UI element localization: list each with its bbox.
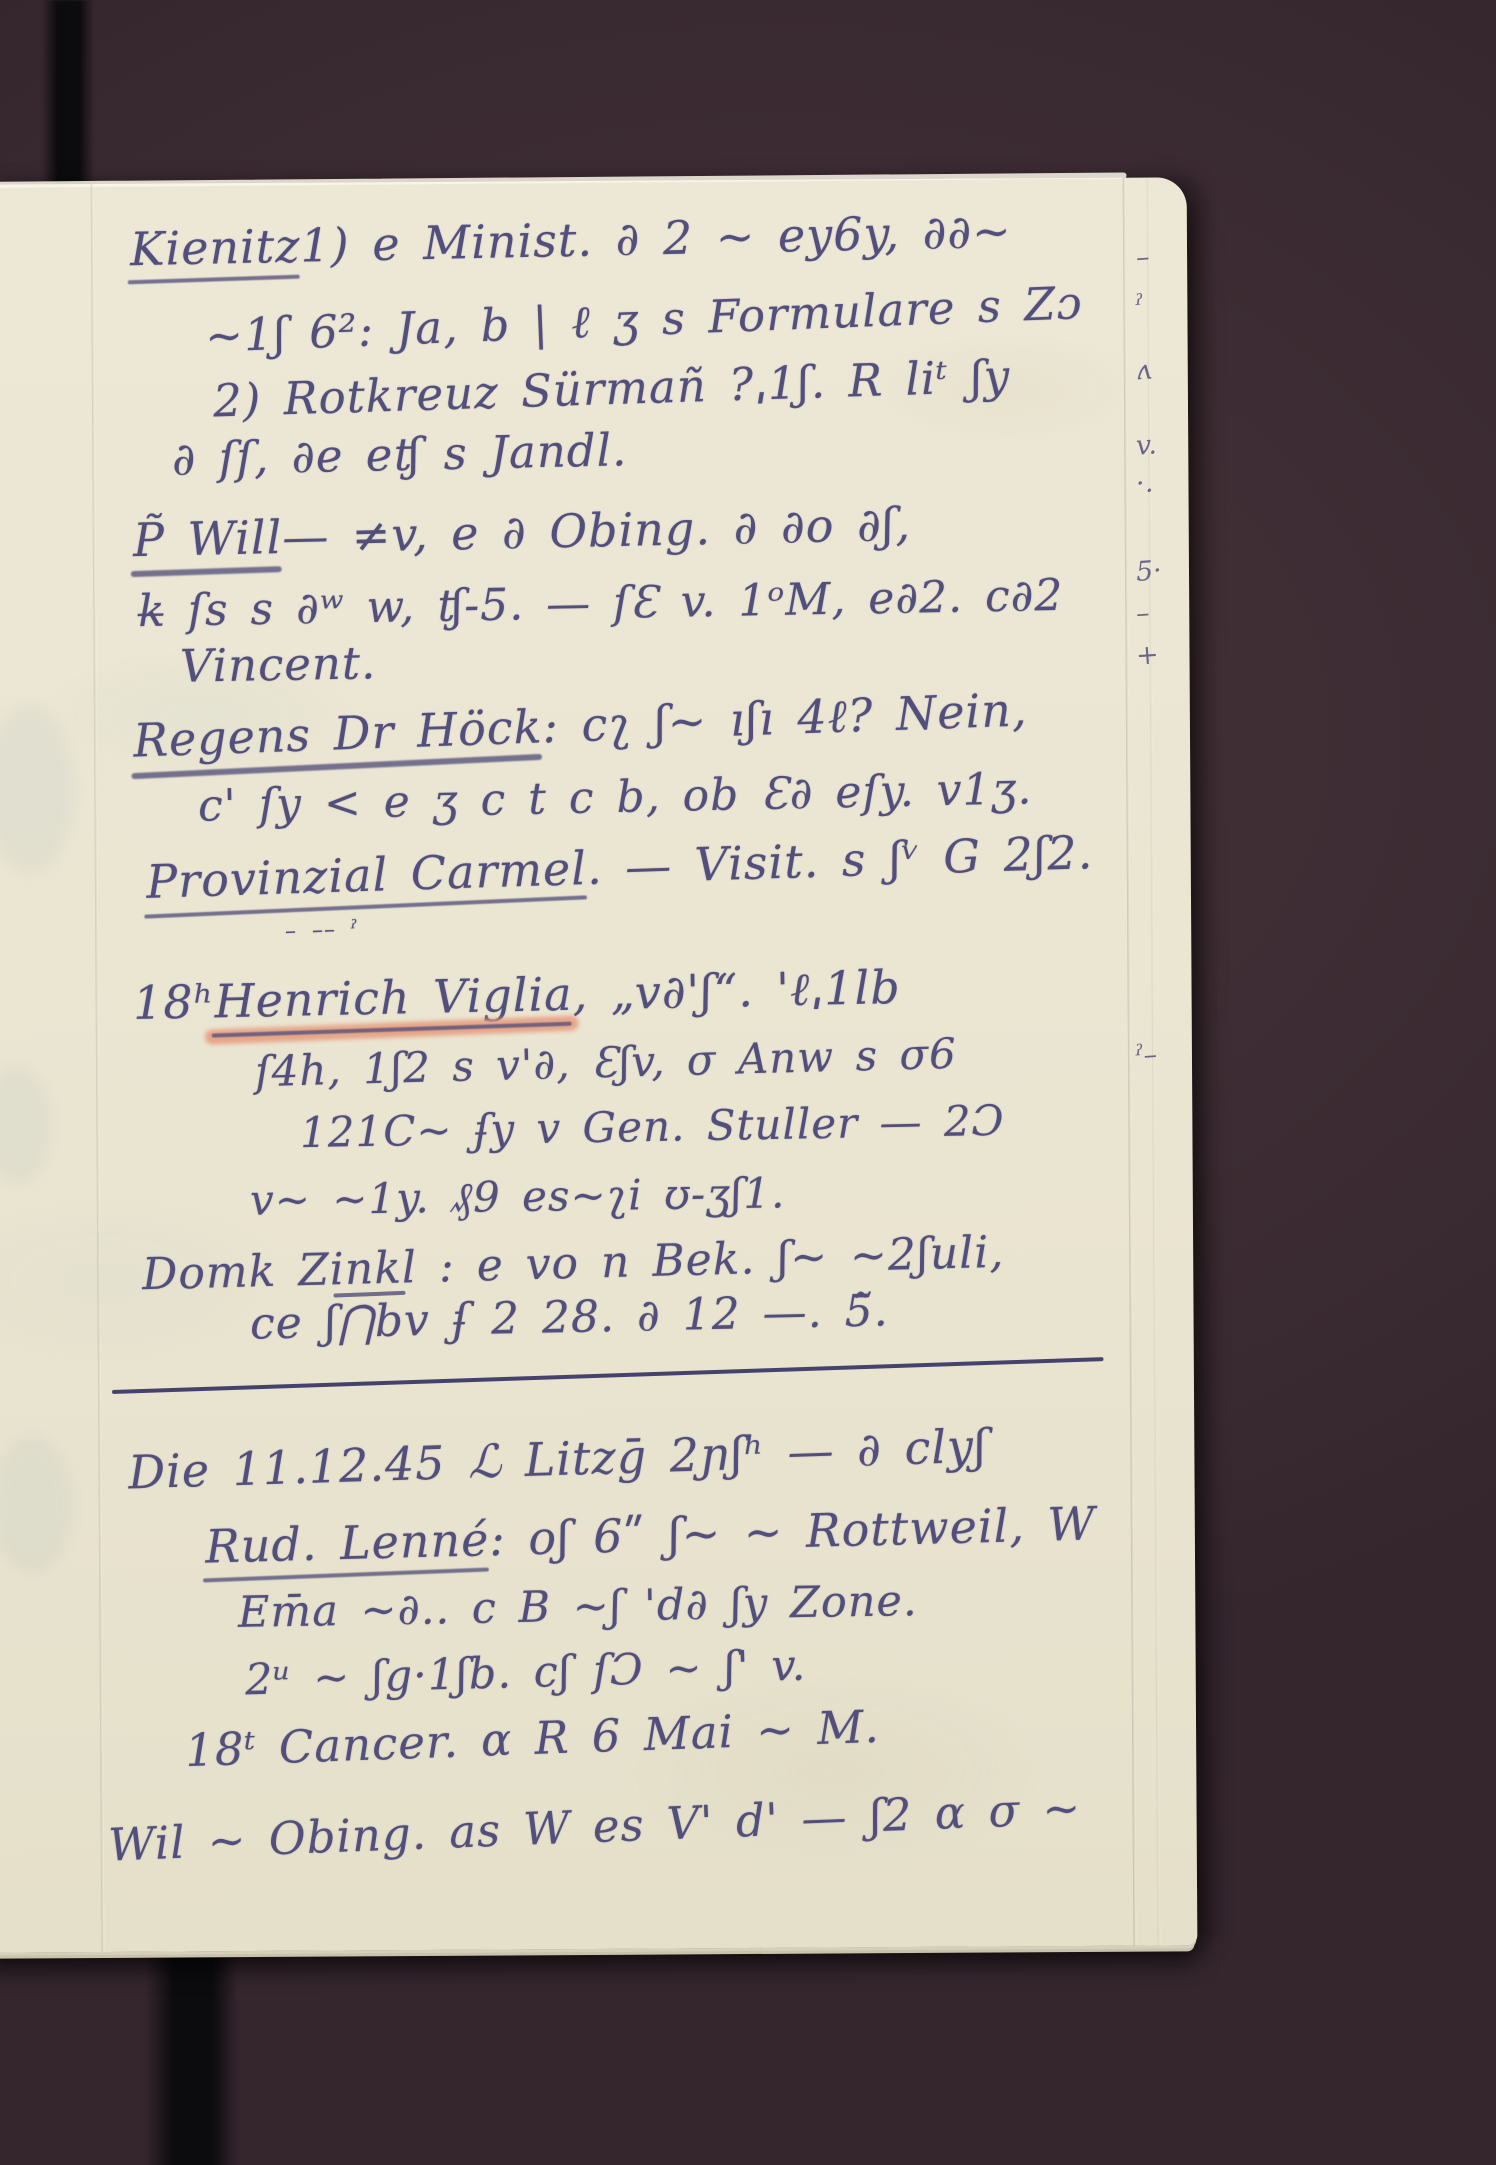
- ink-showthrough: [0, 1064, 53, 1184]
- page-crease-left: [91, 184, 105, 1952]
- binding-gutter-bottom: [146, 1938, 238, 2165]
- ink-showthrough: [0, 704, 75, 875]
- photo-background: Kienitz 1) e Minist. ∂ 2 ~ ey6y, ∂∂~~1ʃ …: [0, 0, 1496, 2165]
- notebook-page: [0, 177, 1197, 1952]
- binding-gutter-top: [42, 0, 94, 196]
- page-edge-line: [1147, 178, 1161, 1946]
- page-crease-right: [1123, 178, 1137, 1946]
- ink-showthrough: [0, 1434, 73, 1574]
